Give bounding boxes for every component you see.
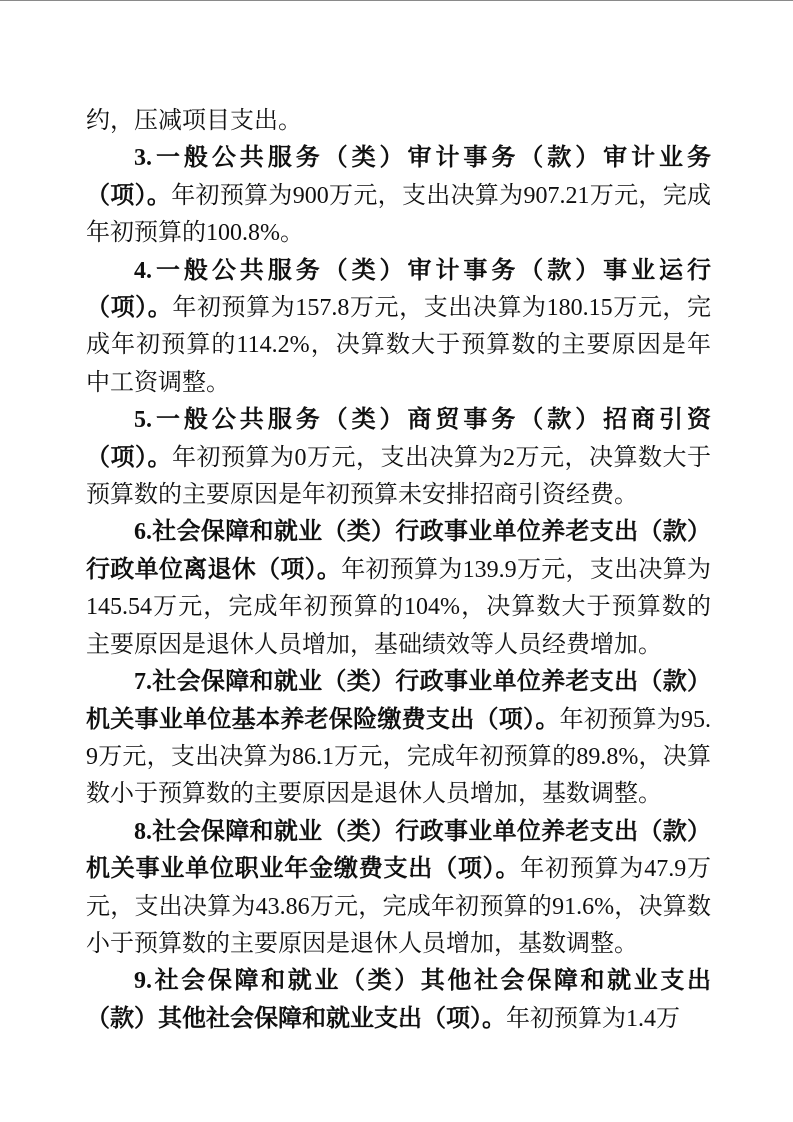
paragraph: 7.社会保障和就业（类）行政事业单位养老支出（款）机关事业单位基本养老保险缴费支… (86, 664, 711, 814)
page-top-edge (0, 0, 793, 1)
paragraph: 5.一般公共服务（类）商贸事务（款）招商引资（项）。年初预算为0万元，支出决算为… (86, 402, 711, 514)
paragraph: 3.一般公共服务（类）审计事务（款）审计业务（项）。年初预算为900万元，支出决… (86, 140, 711, 252)
paragraph-continuation: 约，压减项目支出。 (86, 103, 711, 140)
paragraph-body-text: 年初预算为1.4万 (506, 1006, 680, 1032)
document-text-block: 约，压减项目支出。3.一般公共服务（类）审计事务（款）审计业务（项）。年初预算为… (86, 103, 711, 1038)
paragraph: 9.社会保障和就业（类）其他社会保障和就业支出（款）其他社会保障和就业支出（项）… (86, 963, 711, 1038)
paragraph-body-text: 年初预算为900万元，支出决算为907.21万元，完成年初预算的100.8%。 (86, 183, 711, 246)
paragraph: 4.一般公共服务（类）审计事务（款）事业运行（项）。年初预算为157.8万元，支… (86, 253, 711, 403)
paragraph-body-text: 约，压减项目支出。 (86, 108, 302, 134)
paragraph-body-text: 年初预算为0万元，支出决算为2万元，决算数大于预算数的主要原因是年初预算未安排招… (86, 445, 711, 508)
paragraph-body-text: 年初预算为157.8万元，支出决算为180.15万元，完成年初预算的114.2%… (86, 295, 711, 396)
paragraph: 8.社会保障和就业（类）行政事业单位养老支出（款）机关事业单位职业年金缴费支出（… (86, 814, 711, 964)
document-page: 约，压减项目支出。3.一般公共服务（类）审计事务（款）审计业务（项）。年初预算为… (0, 0, 793, 1122)
paragraph: 6.社会保障和就业（类）行政事业单位养老支出（款）行政单位离退休（项）。年初预算… (86, 514, 711, 664)
